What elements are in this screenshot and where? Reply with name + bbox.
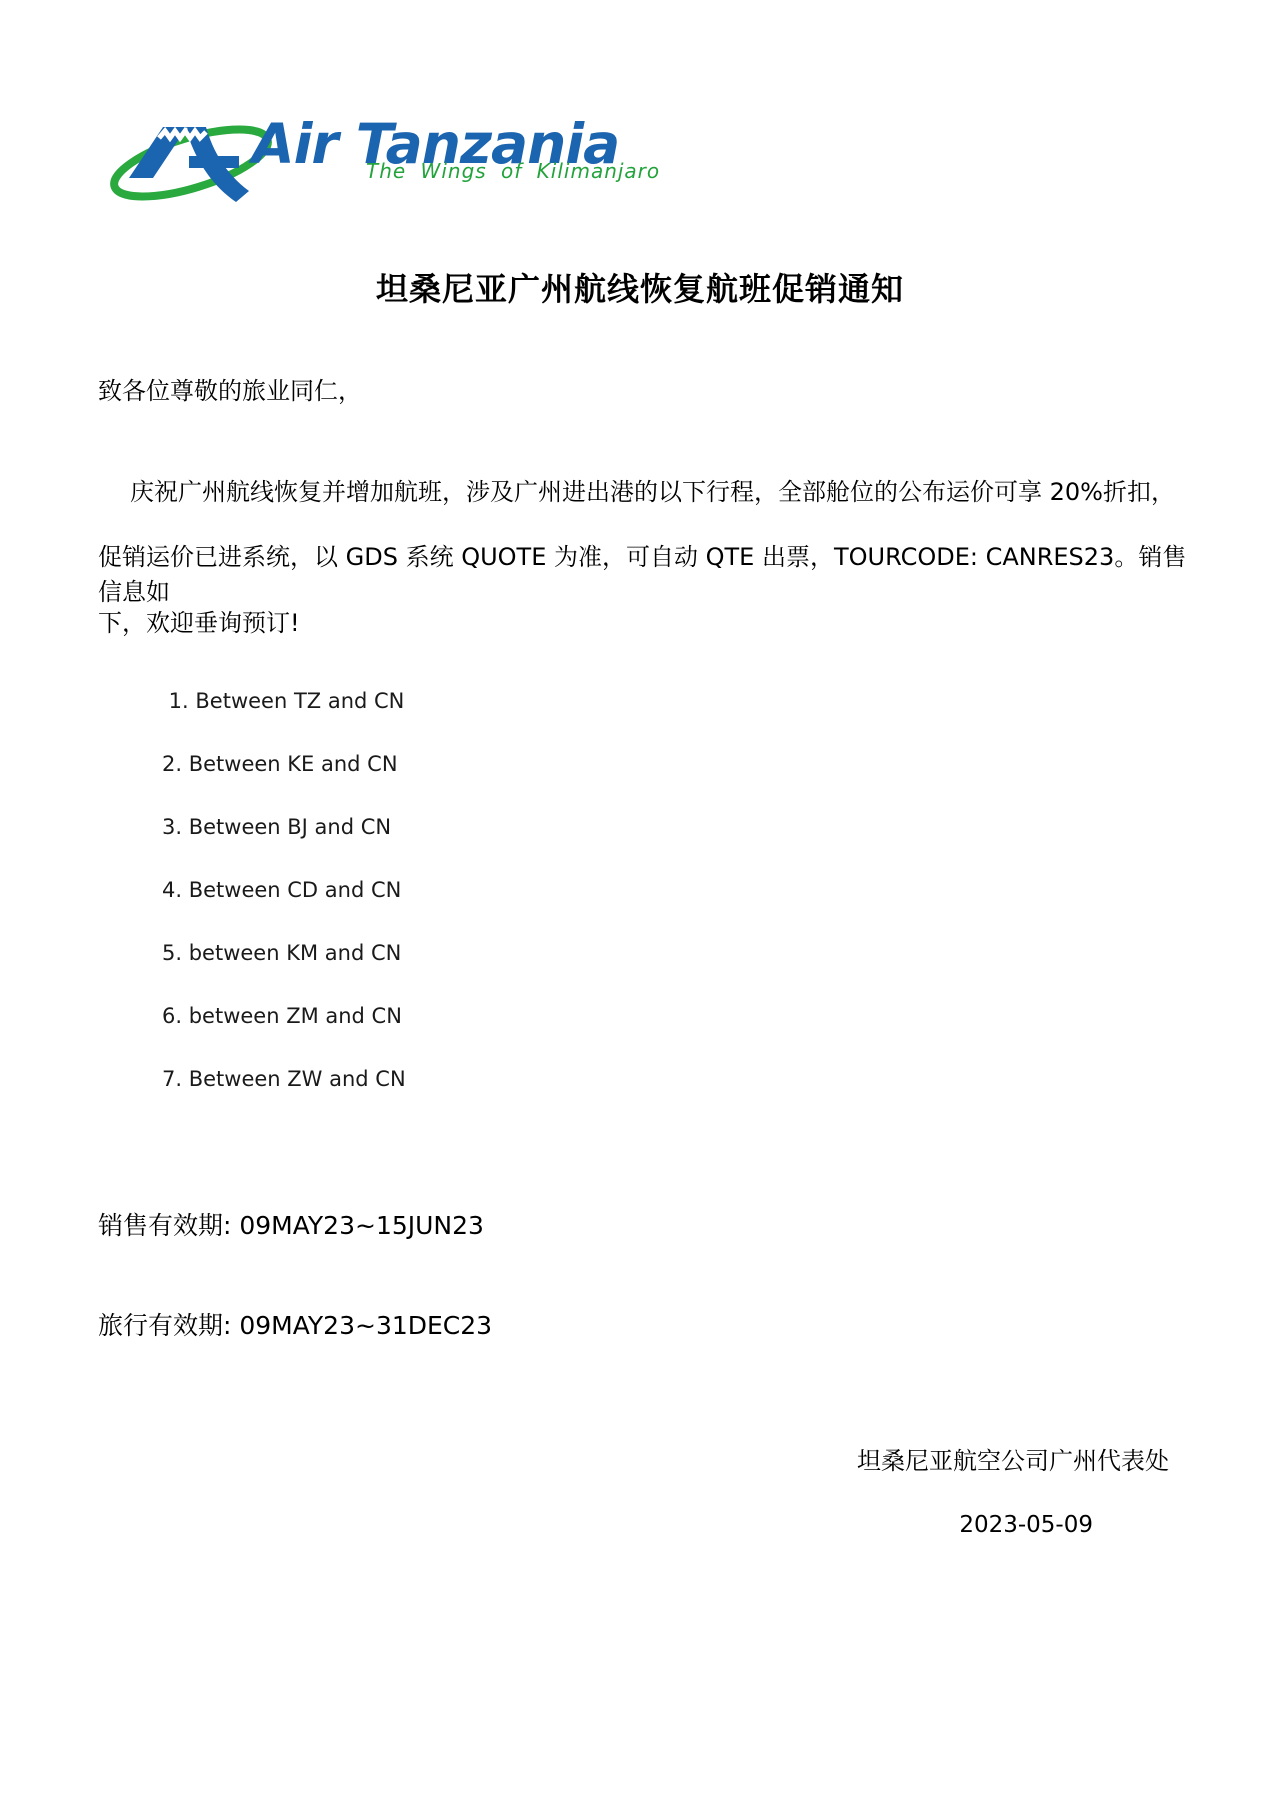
air-tanzania-logo-icon xyxy=(103,121,273,206)
greeting-line: 致各位尊敬的旅业同仁， xyxy=(98,371,362,406)
paragraph-line: 庆祝广州航线恢复并增加航班，涉及广州进出港的以下行程，全部舱位的公布运价可享 2… xyxy=(98,472,1222,507)
route-list-item: 6. between ZM and CN xyxy=(162,1003,662,1066)
signature-line: 坦桑尼亚航空公司广州代表处 xyxy=(857,1441,1169,1476)
document-date: 2023-05-09 xyxy=(959,1512,1093,1538)
route-list-item: 4. Between CD and CN xyxy=(162,877,662,940)
route-list-item: 5. between KM and CN xyxy=(162,940,662,1003)
logo-tagline-text: The Wings of Kilimanjaro xyxy=(366,159,660,183)
route-list-item: 3. Between BJ and CN xyxy=(162,814,662,877)
route-list-item: 2. Between KE and CN xyxy=(162,751,662,814)
travel-validity-line: 旅行有效期: 09MAY23~31DEC23 xyxy=(98,1306,492,1342)
sales-validity-line: 销售有效期: 09MAY23~15JUN23 xyxy=(98,1206,484,1242)
document-page: Air Tanzania The Wings of Kilimanjaro 坦桑… xyxy=(0,0,1280,1810)
route-list: 1. Between TZ and CN2. Between KE and CN… xyxy=(162,688,662,1129)
route-list-item: 1. Between TZ and CN xyxy=(162,688,662,751)
paragraph-line: 促销运价已进系统，以 GDS 系统 QUOTE 为准，可自动 QTE 出票，TO… xyxy=(98,537,1190,607)
page-title: 坦桑尼亚广州航线恢复航班促销通知 xyxy=(0,264,1280,310)
route-list-item: 7. Between ZW and CN xyxy=(162,1066,662,1129)
paragraph-line: 下，欢迎垂询预订! xyxy=(98,603,1190,638)
